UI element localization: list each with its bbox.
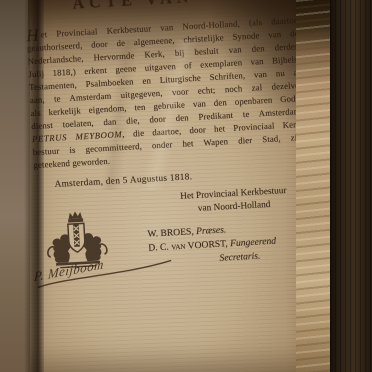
book-photo: ACTE VAN Het Provinciaal Kerkbestuur van… [0, 0, 372, 372]
signer-title: Præses. [196, 224, 227, 237]
gutter-shadow [24, 0, 44, 372]
signer-name: W. BROES, [147, 226, 194, 240]
crown-icon [68, 211, 82, 219]
book-board [330, 0, 372, 372]
shield-icon [68, 223, 86, 252]
page-fore-edge [296, 0, 334, 372]
signer-title: Fungeerend [230, 236, 277, 250]
